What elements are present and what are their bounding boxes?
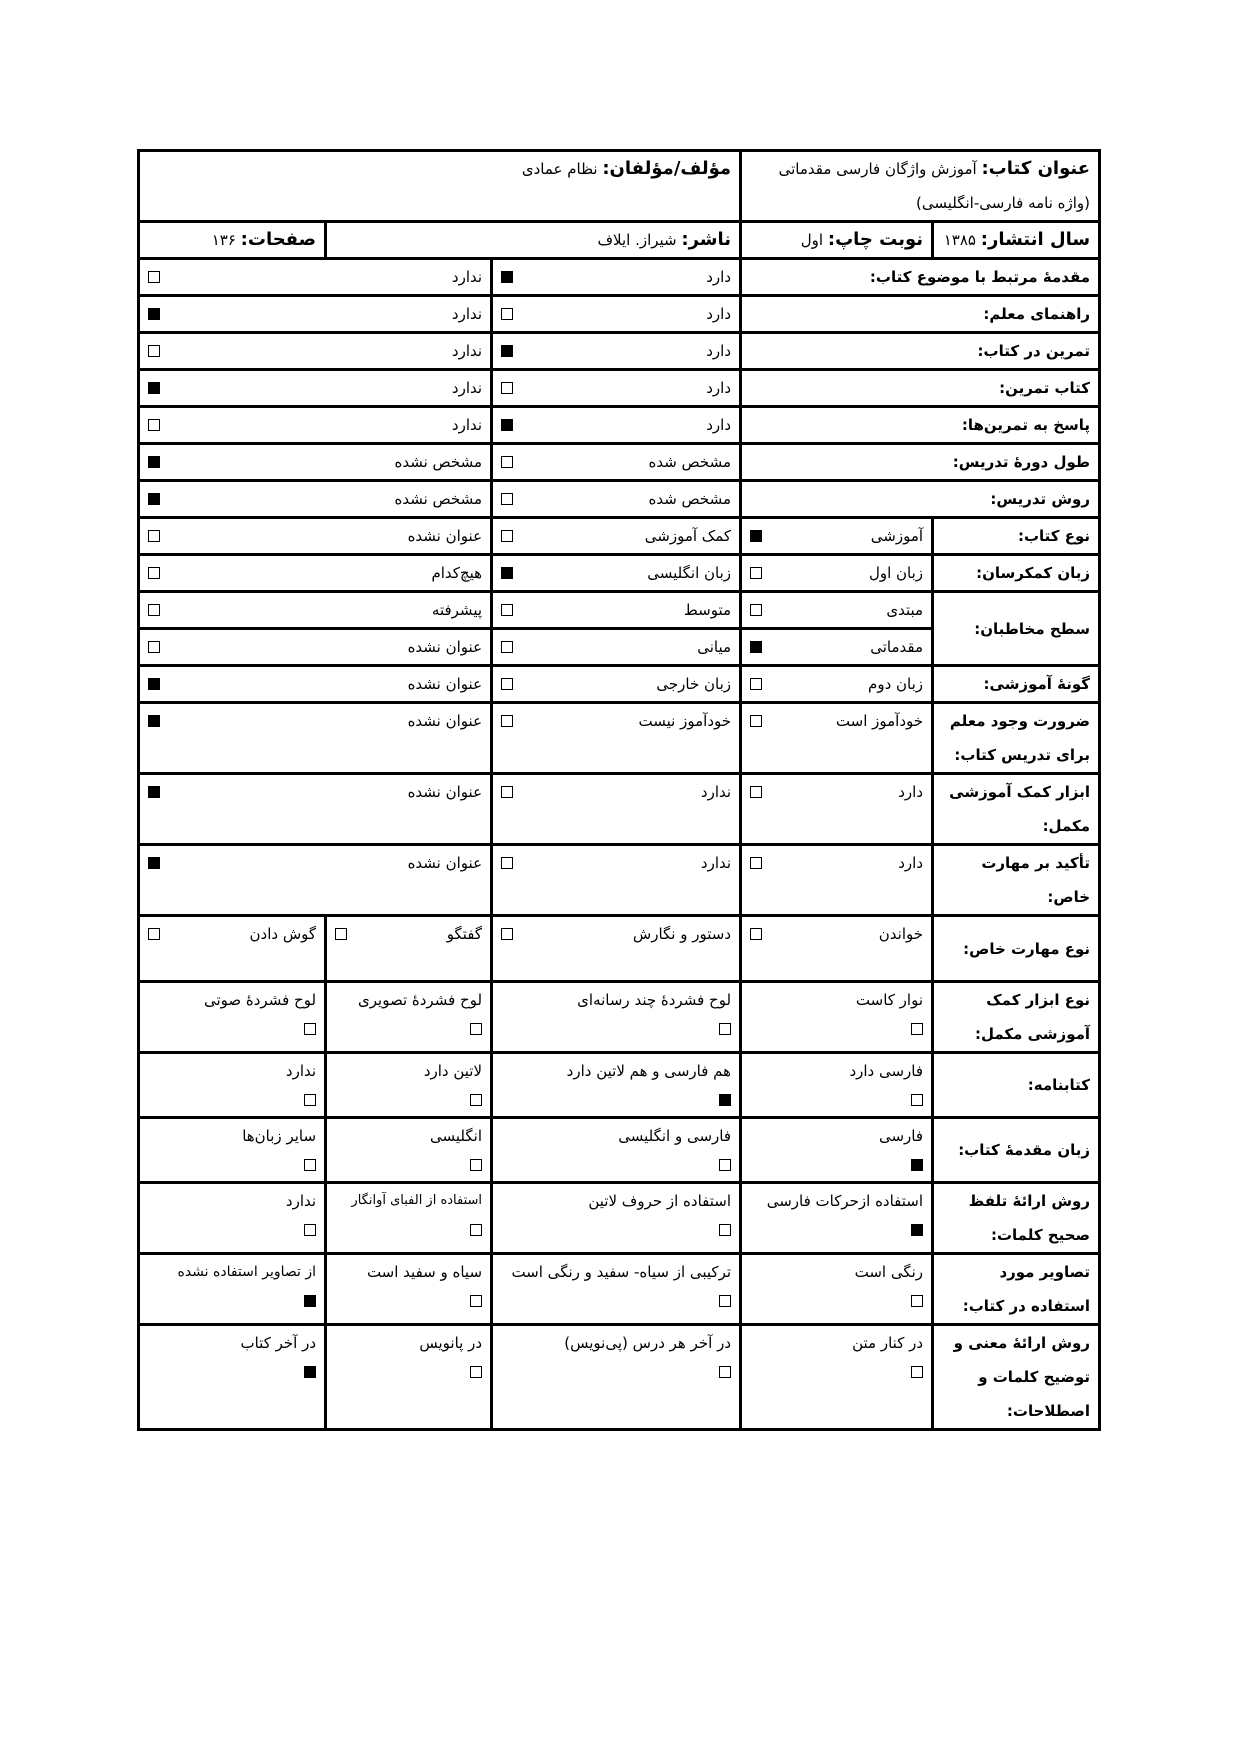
option-cell: دارد — [492, 296, 741, 333]
option-cell: ترکیبی از سیاه- سفید و رنگی است — [492, 1254, 741, 1325]
checkbox[interactable] — [911, 1295, 923, 1307]
row-label: طول دورهٔ تدریس: — [741, 444, 1100, 481]
year-value: ۱۳۸۵ — [944, 231, 976, 249]
option-cell: فارسی — [741, 1118, 933, 1183]
checkbox[interactable] — [750, 567, 762, 579]
option-cell: دستور و نگارش — [492, 916, 741, 982]
row-label: زبان مقدمهٔ کتاب: — [933, 1118, 1100, 1183]
checkbox[interactable] — [470, 1366, 482, 1378]
option-cell: گفتگو — [326, 916, 492, 982]
checkbox[interactable] — [911, 1023, 923, 1035]
option-cell: کمک آموزشی — [492, 518, 741, 555]
option-cell: مشخص نشده — [139, 444, 492, 481]
checkbox[interactable] — [911, 1094, 923, 1106]
option-cell: مشخص شده — [492, 444, 741, 481]
form-row: روش تدریس: مشخص شده مشخص نشده — [139, 481, 1100, 518]
option-cell: در آخر هر درس (پی‌نویس) — [492, 1325, 741, 1430]
option-cell: ندارد — [139, 370, 492, 407]
option-cell: زبان دوم — [741, 666, 933, 703]
book-evaluation-form: عنوان کتاب: آموزش واژگان فارسی مقدماتی (… — [137, 149, 1098, 1431]
checkbox[interactable] — [304, 1023, 316, 1035]
publisher-label: ناشر: — [681, 229, 731, 250]
form-row: روش ارائهٔ معنی و توضیح کلمات و اصطلاحات… — [139, 1325, 1100, 1430]
row-label: کتابنامه: — [933, 1053, 1100, 1118]
checkbox-checked[interactable] — [148, 493, 160, 505]
title-label: عنوان کتاب: — [981, 158, 1090, 179]
checkbox[interactable] — [750, 857, 762, 869]
option-cell: ندارد — [492, 774, 741, 845]
checkbox[interactable] — [719, 1224, 731, 1236]
checkbox[interactable] — [719, 1366, 731, 1378]
checkbox[interactable] — [719, 1295, 731, 1307]
form-row: مقدمهٔ مرتبط با موضوع کتاب: دارد ندارد — [139, 259, 1100, 296]
publisher-value: شیراز. ایلاف — [597, 231, 676, 249]
checkbox[interactable] — [148, 604, 160, 616]
checkbox[interactable] — [470, 1295, 482, 1307]
form-row: کتابنامه: فارسی دارد هم فارسی و هم لاتین… — [139, 1053, 1100, 1118]
checkbox[interactable] — [501, 530, 513, 542]
row-label: روش ارائهٔ تلفظ صحیح کلمات: — [933, 1183, 1100, 1254]
checkbox[interactable] — [750, 678, 762, 690]
form-row: ابزار کمک آموزشی مکمل: دارد ندارد عنوان … — [139, 774, 1100, 845]
option-cell: انگلیسی — [326, 1118, 492, 1183]
option-cell: از تصاویر استفاده نشده — [139, 1254, 326, 1325]
checkbox[interactable] — [148, 928, 160, 940]
row-label: راهنمای معلم: — [741, 296, 1100, 333]
option-cell: دارد — [741, 774, 933, 845]
checkbox[interactable] — [750, 786, 762, 798]
checkbox[interactable] — [148, 567, 160, 579]
checkbox[interactable] — [719, 1023, 731, 1035]
row-label: سطح مخاطبان: — [933, 592, 1100, 666]
option-cell: سایر زبان‌ها — [139, 1118, 326, 1183]
option-cell: نوار کاست — [741, 982, 933, 1053]
option-cell: ندارد — [139, 296, 492, 333]
checkbox[interactable] — [501, 715, 513, 727]
row-label: نوع مهارت خاص: — [933, 916, 1100, 982]
checkbox[interactable] — [304, 1159, 316, 1171]
checkbox[interactable] — [148, 641, 160, 653]
checkbox-checked[interactable] — [501, 419, 513, 431]
option-cell: عنوان نشده — [139, 518, 492, 555]
checkbox-checked[interactable] — [148, 857, 160, 869]
row-label: نوع ابزار کمک آموزشی مکمل: — [933, 982, 1100, 1053]
checkbox[interactable] — [719, 1159, 731, 1171]
option-cell: مشخص نشده — [139, 481, 492, 518]
checkbox-checked[interactable] — [148, 308, 160, 320]
row-label: پاسخ به تمرین‌ها: — [741, 407, 1100, 444]
row-label: روش تدریس: — [741, 481, 1100, 518]
option-cell: استفاده از الفبای آوانگار — [326, 1183, 492, 1254]
checkbox-checked[interactable] — [911, 1224, 923, 1236]
option-cell: لوح فشردهٔ صوتی — [139, 982, 326, 1053]
checkbox[interactable] — [501, 382, 513, 394]
option-cell: متوسط — [492, 592, 741, 629]
checkbox[interactable] — [501, 456, 513, 468]
checkbox-checked[interactable] — [719, 1094, 731, 1106]
row-label: نوع کتاب: — [933, 518, 1100, 555]
form-row: نوع مهارت خاص: خواندن دستور و نگارش گفتگ… — [139, 916, 1100, 982]
option-cell: عنوان نشده — [139, 703, 492, 774]
row-label: تمرین در کتاب: — [741, 333, 1100, 370]
option-cell: گوش دادن — [139, 916, 326, 982]
option-cell: ندارد — [139, 333, 492, 370]
option-cell: خودآموز نیست — [492, 703, 741, 774]
checkbox[interactable] — [304, 1224, 316, 1236]
option-cell: دارد — [492, 259, 741, 296]
checkbox[interactable] — [148, 345, 160, 357]
form-row: نوع ابزار کمک آموزشی مکمل: نوار کاست لوح… — [139, 982, 1100, 1053]
option-cell: لاتین دارد — [326, 1053, 492, 1118]
form-row: روش ارائهٔ تلفظ صحیح کلمات: استفاده ازحر… — [139, 1183, 1100, 1254]
checkbox[interactable] — [470, 1159, 482, 1171]
form-row: گونهٔ آموزشی: زبان دوم زبان خارجی عنوان … — [139, 666, 1100, 703]
option-cell: فارسی دارد — [741, 1053, 933, 1118]
option-cell: دارد — [492, 370, 741, 407]
row-label: ضرورت وجود معلم برای تدریس کتاب: — [933, 703, 1100, 774]
option-cell: خواندن — [741, 916, 933, 982]
checkbox-checked[interactable] — [911, 1159, 923, 1171]
option-cell: خودآموز است — [741, 703, 933, 774]
option-cell: دارد — [741, 845, 933, 916]
checkbox[interactable] — [148, 271, 160, 283]
year-label: سال انتشار: — [981, 229, 1090, 250]
pages-value: ۱۳۶ — [212, 231, 236, 249]
year-cell: سال انتشار: ۱۳۸۵ — [933, 222, 1100, 259]
checkbox-checked[interactable] — [148, 715, 160, 727]
checkbox[interactable] — [501, 678, 513, 690]
row-label: روش ارائهٔ معنی و توضیح کلمات و اصطلاحات… — [933, 1325, 1100, 1430]
row-label: زبان کمکرسان: — [933, 555, 1100, 592]
row-label: تصاویر مورد استفاده در کتاب: — [933, 1254, 1100, 1325]
option-cell: مقدماتی — [741, 629, 933, 666]
checkbox-checked[interactable] — [304, 1295, 316, 1307]
checkbox-checked[interactable] — [148, 678, 160, 690]
form-row: نوع کتاب: آموزشی کمک آموزشی عنوان نشده — [139, 518, 1100, 555]
option-cell: مبتدی — [741, 592, 933, 629]
checkbox-checked[interactable] — [501, 345, 513, 357]
checkbox[interactable] — [501, 928, 513, 940]
checkbox[interactable] — [304, 1094, 316, 1106]
option-cell: در پانویس — [326, 1325, 492, 1430]
option-cell: در کنار متن — [741, 1325, 933, 1430]
author-label: مؤلف/مؤلفان: — [602, 158, 731, 179]
form-row: کتاب تمرین: دارد ندارد — [139, 370, 1100, 407]
form-table: عنوان کتاب: آموزش واژگان فارسی مقدماتی (… — [137, 149, 1101, 1431]
checkbox-checked[interactable] — [750, 641, 762, 653]
checkbox[interactable] — [501, 604, 513, 616]
edition-value: اول — [801, 231, 823, 249]
option-cell: لوح فشردهٔ تصویری — [326, 982, 492, 1053]
row-label: گونهٔ آموزشی: — [933, 666, 1100, 703]
row-label: تأکید بر مهارت خاص: — [933, 845, 1100, 916]
option-cell: در آخر کتاب — [139, 1325, 326, 1430]
option-cell: عنوان نشده — [139, 774, 492, 845]
checkbox[interactable] — [501, 857, 513, 869]
option-cell: رنگی است — [741, 1254, 933, 1325]
row-label: مقدمهٔ مرتبط با موضوع کتاب: — [741, 259, 1100, 296]
form-row: تصاویر مورد استفاده در کتاب: رنگی است تر… — [139, 1254, 1100, 1325]
option-cell: عنوان نشده — [139, 845, 492, 916]
row-label: ابزار کمک آموزشی مکمل: — [933, 774, 1100, 845]
option-cell: مشخص شده — [492, 481, 741, 518]
checkbox[interactable] — [470, 1023, 482, 1035]
option-cell: استفاده ازحرکات فارسی — [741, 1183, 933, 1254]
checkbox[interactable] — [470, 1094, 482, 1106]
edition-cell: نوبت چاپ: اول — [741, 222, 933, 259]
edition-label: نوبت چاپ: — [828, 229, 923, 250]
option-cell: ندارد — [139, 1183, 326, 1254]
option-cell: میانی — [492, 629, 741, 666]
checkbox[interactable] — [750, 715, 762, 727]
checkbox-checked[interactable] — [148, 382, 160, 394]
checkbox[interactable] — [335, 928, 347, 940]
checkbox-checked[interactable] — [148, 786, 160, 798]
option-cell: هیچ‌کدام — [139, 555, 492, 592]
title-cell: عنوان کتاب: آموزش واژگان فارسی مقدماتی (… — [741, 151, 1100, 222]
row-label: کتاب تمرین: — [741, 370, 1100, 407]
checkbox[interactable] — [148, 530, 160, 542]
checkbox[interactable] — [911, 1366, 923, 1378]
form-row: طول دورهٔ تدریس: مشخص شده مشخص نشده — [139, 444, 1100, 481]
option-cell: ندارد — [139, 1053, 326, 1118]
form-row: ضرورت وجود معلم برای تدریس کتاب: خودآموز… — [139, 703, 1100, 774]
option-cell: عنوان نشده — [139, 666, 492, 703]
form-row: پاسخ به تمرین‌ها: دارد ندارد — [139, 407, 1100, 444]
author-value: نظام عمادی — [522, 160, 598, 178]
checkbox-checked[interactable] — [501, 271, 513, 283]
option-cell: لوح فشردهٔ چند رسانه‌ای — [492, 982, 741, 1053]
form-row: راهنمای معلم: دارد ندارد — [139, 296, 1100, 333]
checkbox-checked[interactable] — [148, 456, 160, 468]
checkbox-checked[interactable] — [501, 567, 513, 579]
checkbox-checked[interactable] — [750, 530, 762, 542]
option-cell: دارد — [492, 407, 741, 444]
checkbox[interactable] — [750, 928, 762, 940]
checkbox[interactable] — [148, 419, 160, 431]
option-cell: ندارد — [139, 259, 492, 296]
pages-label: صفحات: — [241, 229, 316, 250]
form-row: زبان مقدمهٔ کتاب: فارسی فارسی و انگلیسی … — [139, 1118, 1100, 1183]
form-row: سطح مخاطبان: مبتدی متوسط پیشرفته — [139, 592, 1100, 629]
checkbox-checked[interactable] — [304, 1366, 316, 1378]
option-cell: دارد — [492, 333, 741, 370]
form-row: تمرین در کتاب: دارد ندارد — [139, 333, 1100, 370]
form-row: تأکید بر مهارت خاص: دارد ندارد عنوان نشد… — [139, 845, 1100, 916]
option-cell: فارسی و انگلیسی — [492, 1118, 741, 1183]
pages-cell: صفحات: ۱۳۶ — [139, 222, 326, 259]
option-cell: ندارد — [139, 407, 492, 444]
option-cell: هم فارسی و هم لاتین دارد — [492, 1053, 741, 1118]
checkbox[interactable] — [501, 493, 513, 505]
option-cell: زبان خارجی — [492, 666, 741, 703]
option-cell: پیشرفته — [139, 592, 492, 629]
publisher-cell: ناشر: شیراز. ایلاف — [326, 222, 741, 259]
option-cell: زبان اول — [741, 555, 933, 592]
option-cell: عنوان نشده — [139, 629, 492, 666]
checkbox[interactable] — [501, 308, 513, 320]
checkbox[interactable] — [470, 1224, 482, 1236]
option-cell: سیاه و سفید است — [326, 1254, 492, 1325]
author-cell: مؤلف/مؤلفان: نظام عمادی — [139, 151, 741, 222]
checkbox[interactable] — [750, 604, 762, 616]
option-cell: استفاده از حروف لاتین — [492, 1183, 741, 1254]
option-cell: ندارد — [492, 845, 741, 916]
option-cell: آموزشی — [741, 518, 933, 555]
option-cell: زبان انگلیسی — [492, 555, 741, 592]
checkbox[interactable] — [501, 641, 513, 653]
form-row: زبان کمکرسان: زبان اول زبان انگلیسی هیچ‌… — [139, 555, 1100, 592]
checkbox[interactable] — [501, 786, 513, 798]
